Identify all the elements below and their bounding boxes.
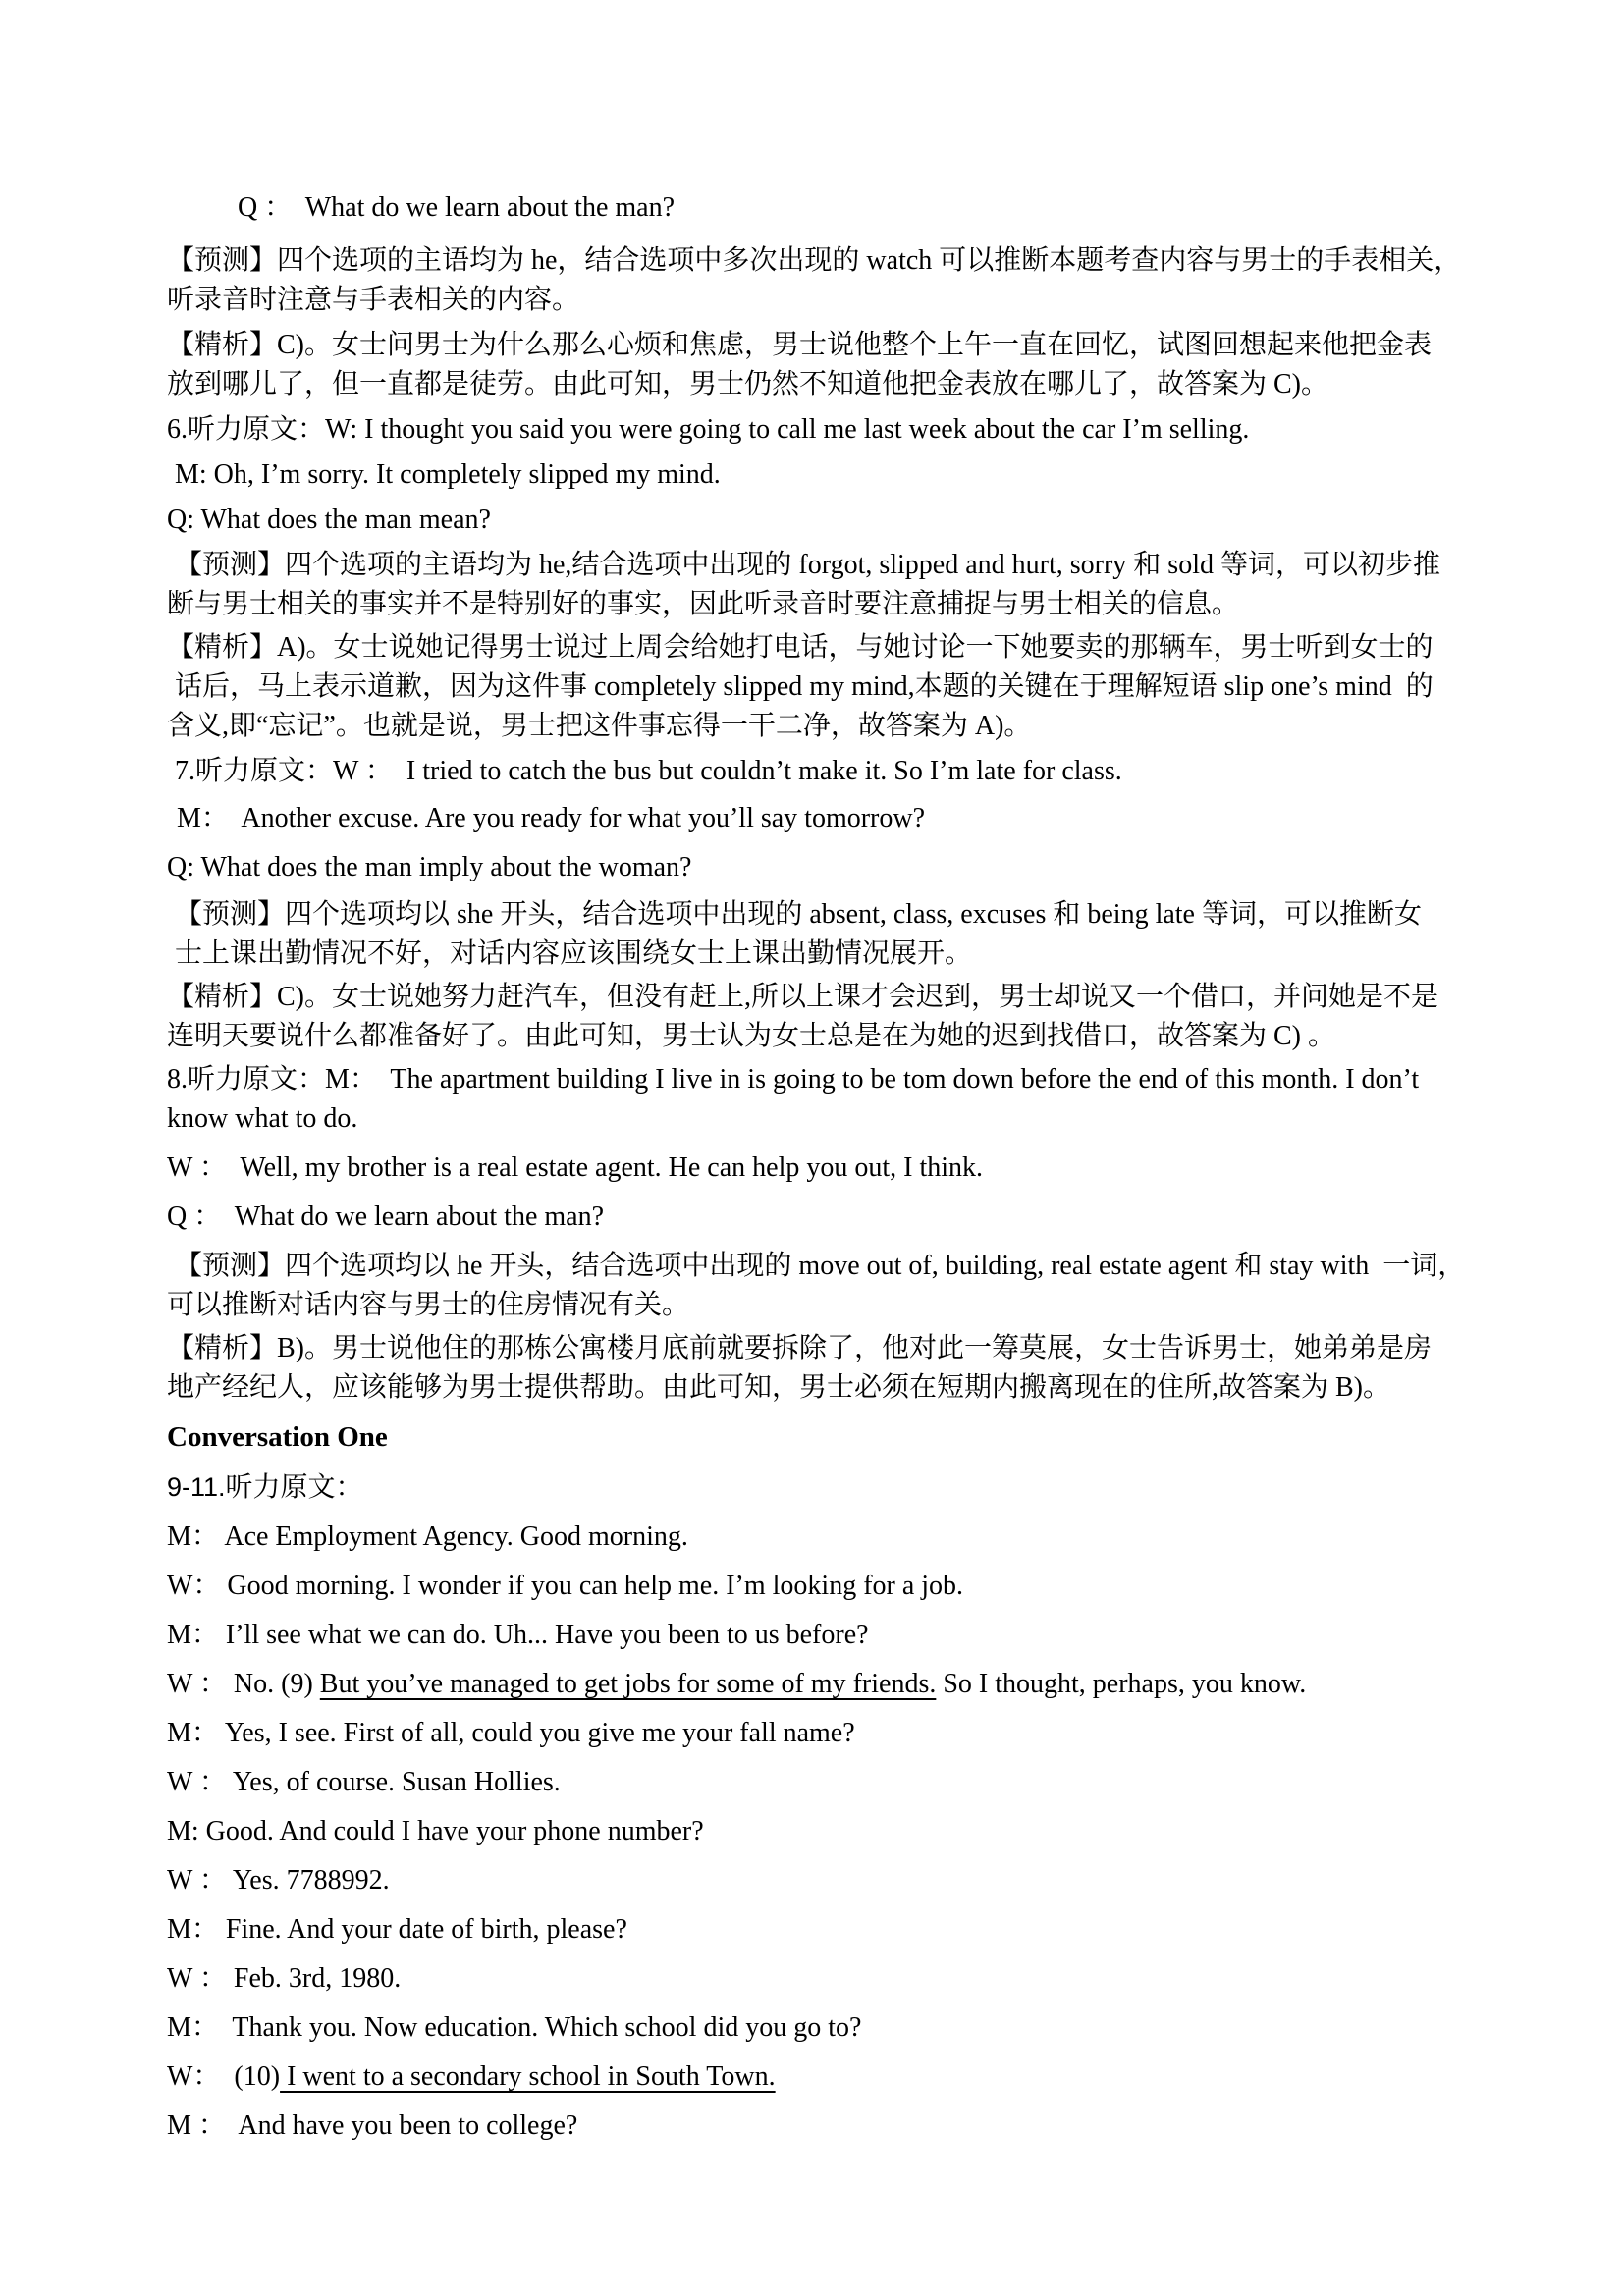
- dialogue-w-line-5: W ： Feb. 3rd, 1980.: [167, 1959, 1467, 1999]
- analysis-paragraph-6-line-2: 话后，马上表示道歉，因为这件事 completely slipped my mi…: [167, 667, 1467, 707]
- dialogue-m-line-1: M： Ace Employment Agency. Good morning.: [167, 1518, 1467, 1557]
- analysis-paragraph-7-line-2: 连明天要说什么都准备好了。由此可知，男士认为女士总是在为她的迟到找借口，故答案为…: [167, 1017, 1467, 1056]
- text-run: W ： Yes. 7788992.: [167, 1865, 390, 1896]
- text-run: M： Thank you. Now education. Which schoo…: [167, 2012, 861, 2043]
- prediction-paragraph-5-line-2: 听录音时注意与手表相关的内容。: [167, 281, 1467, 320]
- transcript-8-m-line-1: 8.听力原文：M： The apartment building I live …: [167, 1060, 1467, 1099]
- text-run: W ： Feb. 3rd, 1980.: [167, 1963, 401, 1994]
- text-run: 【精析】A)。女士说她记得男士说过上周会给她打电话，与她讨论一下她要卖的那辆车，…: [167, 632, 1434, 663]
- analysis-paragraph-7-line-1: 【精析】C)。女士说她努力赶汽车，但没有赶上,所以上课才会迟到，男士却说又一个借…: [167, 978, 1467, 1017]
- text-run: 【预测】四个选项的主语均为 he,结合选项中出现的 forgot, slippe…: [175, 550, 1440, 580]
- text-run: 【精析】C)。女士问男士为什么那么心烦和焦虑，男士说他整个上午一直在回忆，试图回…: [167, 330, 1432, 360]
- transcript-8-m-line-2: know what to do.: [167, 1099, 1467, 1139]
- prediction-paragraph-8-line-1: 【预测】四个选项均以 he 开头，结合选项中出现的 move out of, b…: [167, 1247, 1467, 1286]
- transcript-6-w-line: 6.听力原文：W: I thought you said you were go…: [167, 410, 1467, 450]
- text-run: 士上课出勤情况不好，对话内容应该围绕女士上课出勤情况展开。: [175, 938, 972, 969]
- text-run: So I thought, perhaps, you know.: [936, 1669, 1306, 1699]
- dialogue-w-line-6: W： (10) I went to a secondary school in …: [167, 2057, 1467, 2097]
- text-run: 连明天要说什么都准备好了。由此可知，男士认为女士总是在为她的迟到找借口，故答案为…: [167, 1021, 1335, 1051]
- analysis-paragraph-6-line-3: 含义,即“忘记”。也就是说，男士把这件事忘得一干二净，故答案为 A)。: [167, 707, 1467, 746]
- dialogue-m-line-7: M ： And have you been to college?: [167, 2107, 1467, 2146]
- question-line-8: Q ： What do we learn about the man?: [167, 1198, 1467, 1237]
- analysis-paragraph-5-line-2: 放到哪儿了，但一直都是徒劳。由此可知，男士仍然不知道他把金表放在哪儿了，故答案为…: [167, 365, 1467, 404]
- text-run: M： Fine. And your date of birth, please?: [167, 1914, 627, 1945]
- prediction-paragraph-7-line-1: 【预测】四个选项均以 she 开头，结合选项中出现的 absent, class…: [167, 895, 1467, 934]
- prediction-paragraph-8-line-2: 可以推断对话内容与男士的住房情况有关。: [167, 1286, 1467, 1325]
- underlined-key-sentence: But you’ve managed to get jobs for some …: [320, 1669, 937, 1699]
- text-run: 8.听力原文：M： The apartment building I live …: [167, 1064, 1419, 1095]
- text-run: M: Good. And could I have your phone num…: [167, 1816, 704, 1846]
- dialogue-m-line-5: M： Fine. And your date of birth, please?: [167, 1910, 1467, 1949]
- dialogue-w-line-3: W ： Yes, of course. Susan Hollies.: [167, 1763, 1467, 1802]
- text-run: 地产经纪人，应该能够为男士提供帮助。由此可知，男士必须在短期内搬离现在的住所,故…: [167, 1372, 1390, 1403]
- text-run: 【预测】四个选项均以 she 开头，结合选项中出现的 absent, class…: [175, 899, 1422, 930]
- text-run: M： Another excuse. Are you ready for wha…: [177, 803, 925, 833]
- text-run: know what to do.: [167, 1103, 357, 1134]
- document-page: Q ： What do we learn about the man?【预测】四…: [0, 0, 1624, 2296]
- text-run: W： Good morning. I wonder if you can hel…: [167, 1571, 963, 1601]
- prediction-paragraph-6-line-2: 断与男士相关的事实并不是特别好的事实，因此听录音时要注意捕捉与男士相关的信息。: [167, 585, 1467, 624]
- text-run: 含义,即“忘记”。也就是说，男士把这件事忘得一干二净，故答案为 A)。: [167, 711, 1031, 741]
- text-run: M： Ace Employment Agency. Good morning.: [167, 1522, 688, 1552]
- text-run: 放到哪儿了，但一直都是徒劳。由此可知，男士仍然不知道他把金表放在哪儿了，故答案为…: [167, 369, 1328, 400]
- dialogue-m-line-6: M： Thank you. Now education. Which schoo…: [167, 2008, 1467, 2048]
- underlined-key-sentence: I went to a secondary school in South To…: [280, 2061, 776, 2092]
- text-run: 听力原文：: [226, 1472, 363, 1503]
- transcript-8-w-line: W ： Well, my brother is a real estate ag…: [167, 1148, 1467, 1188]
- item-number-text: 9-11.: [167, 1472, 226, 1502]
- analysis-paragraph-8-line-2: 地产经纪人，应该能够为男士提供帮助。由此可知，男士必须在短期内搬离现在的住所,故…: [167, 1368, 1467, 1408]
- dialogue-m-line-4: M: Good. And could I have your phone num…: [167, 1812, 1467, 1851]
- transcript-7-w-line: 7.听力原文：W ： I tried to catch the bus but …: [167, 752, 1467, 791]
- analysis-paragraph-6-line-1: 【精析】A)。女士说她记得男士说过上周会给她打电话，与她讨论一下她要卖的那辆车，…: [167, 628, 1467, 667]
- transcript-6-m-line: M: Oh, I’m sorry. It completely slipped …: [167, 455, 1467, 495]
- text-run: Q: What does the man mean?: [167, 505, 491, 535]
- document-body: Q ： What do we learn about the man?【预测】四…: [167, 188, 1467, 2146]
- dialogue-m-line-3: M： Yes, I see. First of all, could you g…: [167, 1714, 1467, 1753]
- text-run: 【精析】C)。女士说她努力赶汽车，但没有赶上,所以上课才会迟到，男士却说又一个借…: [167, 982, 1438, 1012]
- prediction-paragraph-6-line-1: 【预测】四个选项的主语均为 he,结合选项中出现的 forgot, slippe…: [167, 546, 1467, 585]
- question-line-6: Q: What does the man mean?: [167, 501, 1467, 540]
- text-run: 【预测】四个选项均以 he 开头，结合选项中出现的 move out of, b…: [175, 1251, 1465, 1281]
- text-run: W ： Well, my brother is a real estate ag…: [167, 1152, 983, 1183]
- text-run: 【精析】B)。男士说他住的那栋公寓楼月底前就要拆除了，他对此一筹莫展，女士告诉男…: [167, 1333, 1432, 1363]
- text-run: 7.听力原文：W ： I tried to catch the bus but …: [175, 756, 1122, 786]
- text-run: Q ： What do we learn about the man?: [167, 1201, 604, 1232]
- text-run: 【预测】四个选项的主语均为 he，结合选项中多次出现的 watch 可以推断本题…: [167, 245, 1461, 276]
- text-run: Q: What does the man imply about the wom…: [167, 852, 691, 882]
- dialogue-w-line-1: W： Good morning. I wonder if you can hel…: [167, 1567, 1467, 1606]
- text-run: 可以推断对话内容与男士的住房情况有关。: [167, 1290, 689, 1320]
- text-run: W ： Yes, of course. Susan Hollies.: [167, 1767, 561, 1797]
- bold-heading-text: Conversation One: [167, 1421, 388, 1453]
- dialogue-w-line-2: W ： No. (9) But you’ve managed to get jo…: [167, 1665, 1467, 1704]
- text-run: 断与男士相关的事实并不是特别好的事实，因此听录音时要注意捕捉与男士相关的信息。: [167, 589, 1239, 619]
- prediction-paragraph-5-line-1: 【预测】四个选项的主语均为 he，结合选项中多次出现的 watch 可以推断本题…: [167, 241, 1467, 281]
- transcript-9-11-label: 9-11.听力原文：: [167, 1468, 1467, 1508]
- text-run: W： (10): [167, 2061, 280, 2092]
- text-run: Q ： What do we learn about the man?: [238, 192, 675, 223]
- analysis-paragraph-8-line-1: 【精析】B)。男士说他住的那栋公寓楼月底前就要拆除了，他对此一筹莫展，女士告诉男…: [167, 1329, 1467, 1368]
- dialogue-w-line-4: W ： Yes. 7788992.: [167, 1861, 1467, 1900]
- conversation-one-heading: Conversation One: [167, 1417, 1467, 1458]
- dialogue-m-line-2: M： I’ll see what we can do. Uh... Have y…: [167, 1616, 1467, 1655]
- text-run: M： Yes, I see. First of all, could you g…: [167, 1718, 855, 1748]
- text-run: M: Oh, I’m sorry. It completely slipped …: [175, 459, 721, 490]
- text-run: 话后，马上表示道歉，因为这件事 completely slipped my mi…: [175, 671, 1434, 702]
- text-run: 6.听力原文：W: I thought you said you were go…: [167, 414, 1249, 445]
- text-run: W ： No. (9): [167, 1669, 320, 1699]
- analysis-paragraph-5-line-1: 【精析】C)。女士问男士为什么那么心烦和焦虑，男士说他整个上午一直在回忆，试图回…: [167, 326, 1467, 365]
- question-line-7: Q: What does the man imply about the wom…: [167, 848, 1467, 887]
- text-run: M ： And have you been to college?: [167, 2110, 577, 2141]
- text-run: 听录音时注意与手表相关的内容。: [167, 285, 579, 315]
- text-run: M： I’ll see what we can do. Uh... Have y…: [167, 1620, 869, 1650]
- question-line-5: Q ： What do we learn about the man?: [167, 188, 1467, 228]
- transcript-7-m-line: M： Another excuse. Are you ready for wha…: [167, 799, 1467, 838]
- prediction-paragraph-7-line-2: 士上课出勤情况不好，对话内容应该围绕女士上课出勤情况展开。: [167, 934, 1467, 974]
